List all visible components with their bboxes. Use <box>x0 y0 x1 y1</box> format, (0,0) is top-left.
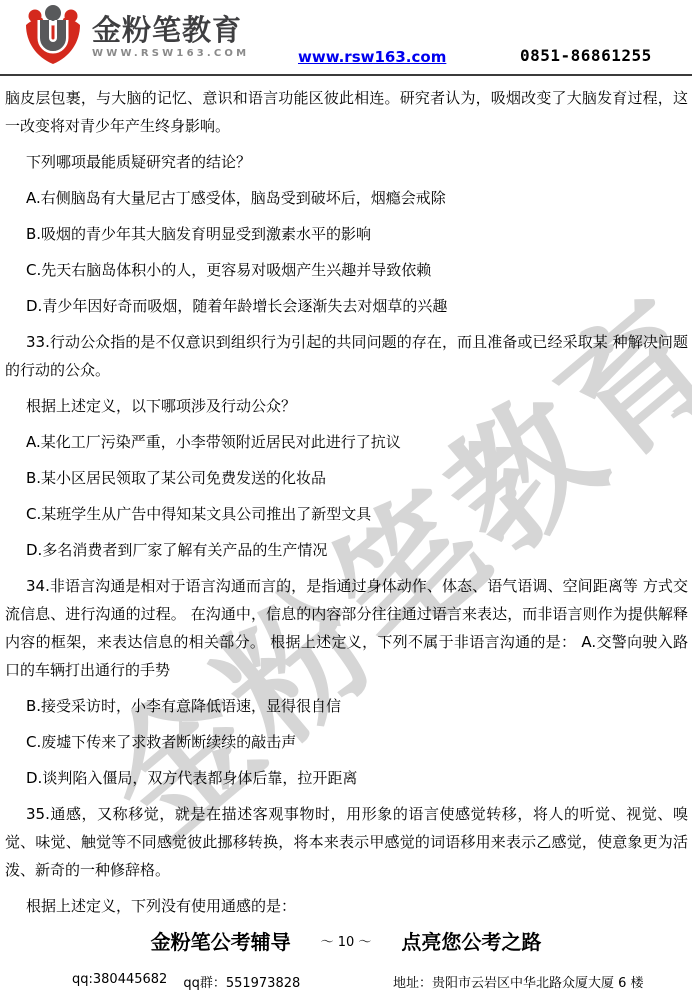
paragraph: 34.非语言沟通是相对于语言沟通而言的，是指通过身体动作、体态、语气语调、空间距… <box>5 572 688 684</box>
header-divider <box>0 74 692 76</box>
footer-page-number: ～ 10 ～ <box>321 931 372 950</box>
footer-brand: 金粉笔公考辅导 <box>151 926 291 955</box>
paragraph: C.废墟下传来了求救者断断续续的敲击声 <box>5 728 688 756</box>
paragraph: C.某班学生从广告中得知某文具公司推出了新型文具 <box>5 500 688 528</box>
paragraph: C.先天右脑岛体积小的人，更容易对吸烟产生兴趣并导致依赖 <box>5 256 688 284</box>
website-link[interactable]: www.rsw163.com <box>298 48 446 66</box>
page-footer: 金粉笔公考辅导 ～ 10 ～ 点亮您公考之路 <box>0 926 692 955</box>
paragraph: 33.行动公众指的是不仅意识到组织行为引起的共同问题的存在，而且准备或已经采取某… <box>5 328 688 384</box>
paragraph: D.多名消费者到厂家了解有关产品的生产情况 <box>5 536 688 564</box>
footer-address: 地址：贵阳市云岩区中华北路众厦大厦 6 楼 <box>393 972 644 991</box>
logo-subtitle: WWW.RSW163.COM <box>92 48 249 59</box>
paragraph: B.接受采访时，小李有意降低语速，显得很自信 <box>5 692 688 720</box>
paragraph: B.某小区居民领取了某公司免费发送的化妆品 <box>5 464 688 492</box>
document-page: 金粉笔教育 WWW.RSW163.COM www.rsw163.com 0851… <box>0 0 692 1008</box>
footer-contact: qq:380445682 qq群：551973828 <box>72 972 300 991</box>
paragraph: 脑皮层包裹，与大脑的记忆、意识和语言功能区彼此相连。研究者认为，吸烟改变了大脑发… <box>5 84 688 140</box>
footer-qq-group: qq群：551973828 <box>183 972 300 991</box>
logo-icon <box>24 4 82 66</box>
paragraph: 下列哪项最能质疑研究者的结论？ <box>5 148 688 176</box>
paragraph: 35.通感，又称移觉，就是在描述客观事物时，用形象的语言使感觉转移，将人的听觉、… <box>5 800 688 884</box>
logo-title: 金粉笔教育 <box>92 14 249 46</box>
paragraph: B.吸烟的青少年其大脑发育明显受到激素水平的影响 <box>5 220 688 248</box>
document-body: 脑皮层包裹，与大脑的记忆、意识和语言功能区彼此相连。研究者认为，吸烟改变了大脑发… <box>5 84 688 928</box>
paragraph: D.谈判陷入僵局，双方代表都身体后靠，拉开距离 <box>5 764 688 792</box>
paragraph: 根据上述定义，下列没有使用通感的是： <box>5 892 688 920</box>
paragraph: A.某化工厂污染严重，小李带领附近居民对此进行了抗议 <box>5 428 688 456</box>
phone-number: 0851-86861255 <box>520 46 652 65</box>
paragraph: D.青少年因好奇而吸烟，随着年龄增长会逐渐失去对烟草的兴趣 <box>5 292 688 320</box>
footer-slogan: 点亮您公考之路 <box>401 926 541 955</box>
footer-qq: qq:380445682 <box>72 972 167 991</box>
paragraph: 根据上述定义，以下哪项涉及行动公众？ <box>5 392 688 420</box>
logo: 金粉笔教育 WWW.RSW163.COM <box>24 4 249 66</box>
logo-text: 金粉笔教育 WWW.RSW163.COM <box>92 4 249 59</box>
paragraph: A.右侧脑岛有大量尼古丁感受体，脑岛受到破坏后，烟瘾会戒除 <box>5 184 688 212</box>
page-header: 金粉笔教育 WWW.RSW163.COM www.rsw163.com 0851… <box>0 0 692 76</box>
